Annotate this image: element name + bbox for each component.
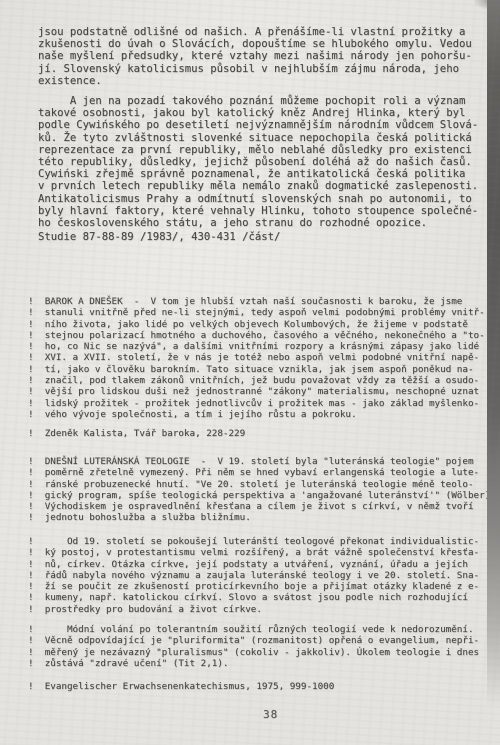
- teologie-excerpt-para3: ! Módní volání po tolerantním soužití rů…: [28, 624, 479, 669]
- scan-shadow-edge: [487, 0, 500, 745]
- teologie-excerpt-para1: ! DNEŠNÍ LUTERÁNSKÁ TEOLOGIE - V 19. sto…: [28, 456, 496, 524]
- studie-source-line: Studie 87-88-89 /1983/, 430-431 /část/: [38, 231, 280, 243]
- kalista-citation: ! Zdeněk Kalista, Tvář baroka, 228-229: [28, 428, 245, 439]
- intro-paragraph: jsou podstatně odlišné od našich. A přen…: [38, 26, 472, 87]
- page-number: 38: [263, 708, 278, 721]
- katechismus-citation: ! Evangelischer Erwachsenenkatechismus, …: [28, 681, 334, 692]
- teologie-excerpt-para2: ! Od 19. století se pokoušejí luteránští…: [28, 536, 479, 615]
- scanned-page: jsou podstatně odlišné od našich. A přen…: [0, 0, 500, 745]
- barok-excerpt-body: ! BAROK A DNEŠEK - V tom je hlubší vztah…: [28, 296, 485, 420]
- hlinka-paragraph: A jen na pozadí takového poznání můžeme …: [38, 95, 478, 229]
